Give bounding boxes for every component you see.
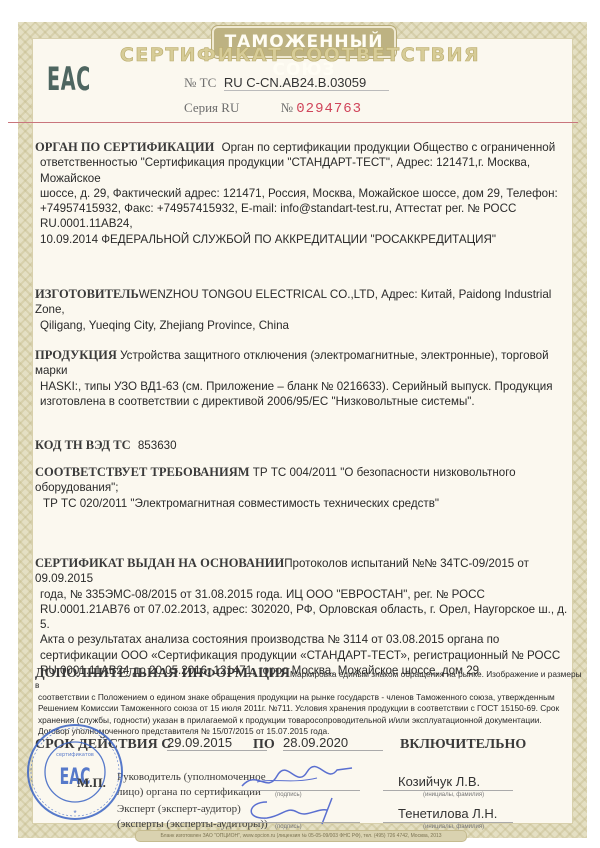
section-lines: HASKI:, типы УЗО ВД1-63 (см. Приложение … xyxy=(35,379,575,410)
signer-name: Тенетилова Л.Н. xyxy=(398,806,497,821)
section-lines: ответственностью "Сертификация продукции… xyxy=(35,155,575,247)
section-line: соответствии с Положением о едином знаке… xyxy=(38,692,583,703)
section-certification-body: ОРГАН ПО СЕРТИФИКАЦИИ Орган по сертифика… xyxy=(35,140,575,247)
name-line xyxy=(383,822,513,823)
section-line: сертификации ООО «Сертификация продукции… xyxy=(40,648,575,663)
tc-number-label: № ТС xyxy=(184,75,216,90)
section-lines: ТР ТС 020/2011 "Электромагнитная совмест… xyxy=(35,496,575,511)
svg-text:*: * xyxy=(73,809,76,818)
validity-to-label: ПО xyxy=(253,737,275,753)
section-line: шоссе, д. 29, Фактический адрес: 121471,… xyxy=(40,186,575,201)
section-line: ответственностью "Сертификация продукции… xyxy=(40,155,575,186)
series-label: Серия xyxy=(184,100,218,115)
stamp-place-label: М.П. xyxy=(77,775,106,791)
section-line: Qiligang, Yueqing City, Zhejiang Provinc… xyxy=(40,318,575,333)
printer-footer: Бланк изготовлен ЗАО "ОПЦИОН", www.opcio… xyxy=(135,830,467,842)
hs-code-value: 853630 xyxy=(134,439,177,452)
section-line: Решением Комиссии Таможенного союза от 1… xyxy=(38,703,583,714)
section-hs-code: КОД ТН ВЭД ТС 853630 xyxy=(35,438,575,453)
section-lines: Qiligang, Yueqing City, Zhejiang Provinc… xyxy=(35,318,575,333)
official-stamp-icon: сертификатов ЕАС * xyxy=(25,722,125,822)
tc-number-row: № ТС RU C-CN.AB24.B.03059 xyxy=(184,75,389,91)
section-basis: СЕРТИФИКАТ ВЫДАН НА ОСНОВАНИИПротоколов … xyxy=(35,556,575,678)
section-requirements: СООТВЕТСТВУЕТ ТРЕБОВАНИЯМ ТР ТС 004/2011… xyxy=(35,465,575,511)
blank-number-label: № xyxy=(281,100,293,115)
section-heading: КОД ТН ВЭД ТС xyxy=(35,438,131,452)
tc-number-value: RU C-CN.AB24.B.03059 xyxy=(224,75,389,91)
section-heading: ОРГАН ПО СЕРТИФИКАЦИИ xyxy=(35,140,214,154)
svg-text:сертификатов: сертификатов xyxy=(56,752,94,758)
validity-inclusive: ВКЛЮЧИТЕЛЬНО xyxy=(400,737,526,753)
signer-name: Козийчук Л.В. xyxy=(398,774,480,789)
section-line: +74957415932, Факс: +74957415932, E-mail… xyxy=(40,201,575,232)
divider-line xyxy=(8,122,578,123)
section-line: изготовлена в соответствии с директивой … xyxy=(40,394,575,409)
section-line: ТР ТС 020/2011 "Электромагнитная совмест… xyxy=(43,496,575,511)
section-text: Орган по сертификации продукции Общество… xyxy=(218,141,556,154)
section-line: года, № 335ЭМС-08/2015 от 31.08.2015 год… xyxy=(40,587,575,602)
section-heading: СООТВЕТСТВУЕТ ТРЕБОВАНИЯМ xyxy=(35,465,250,479)
validity-to-date: 28.09.2020 xyxy=(283,735,383,751)
section-lines: года, № 335ЭМС-08/2015 от 31.08.2015 год… xyxy=(35,587,575,679)
section-line: RU.0001.21АВ76 от 07.02.2013, адрес: 302… xyxy=(40,602,575,633)
section-heading: ИЗГОТОВИТЕЛЬ xyxy=(35,287,139,301)
section-line: Акта о результатах анализа состояния про… xyxy=(40,632,575,647)
signature-line xyxy=(232,790,360,791)
name-caption: (инициалы, фамилия) xyxy=(423,792,484,798)
series-row: Серия RU № 0294763 xyxy=(184,100,362,117)
section-heading: ДОПОЛНИТЕЛЬНАЯ ИНФОРМАЦИЯ xyxy=(35,666,290,681)
eac-logo-icon: ЕАС xyxy=(47,60,91,98)
name-line xyxy=(383,790,513,791)
section-manufacturer: ИЗГОТОВИТЕЛЬWENZHOU TONGOU ELECTRICAL CO… xyxy=(35,287,575,333)
blank-number: 0294763 xyxy=(296,101,362,117)
section-product: ПРОДУКЦИЯ Устройства защитного отключени… xyxy=(35,348,575,409)
section-line: 10.09.2014 ФЕДЕРАЛЬНОЙ СЛУЖБОЙ ПО АККРЕД… xyxy=(40,232,575,247)
series-value: RU xyxy=(221,100,239,115)
section-heading: ПРОДУКЦИЯ xyxy=(35,348,117,362)
section-heading: СЕРТИФИКАТ ВЫДАН НА ОСНОВАНИИ xyxy=(35,556,284,570)
signature-line xyxy=(232,822,360,823)
section-line: HASKI:, типы УЗО ВД1-63 (см. Приложение … xyxy=(40,379,575,394)
validity-from-date: 29.09.2015 xyxy=(167,735,267,751)
